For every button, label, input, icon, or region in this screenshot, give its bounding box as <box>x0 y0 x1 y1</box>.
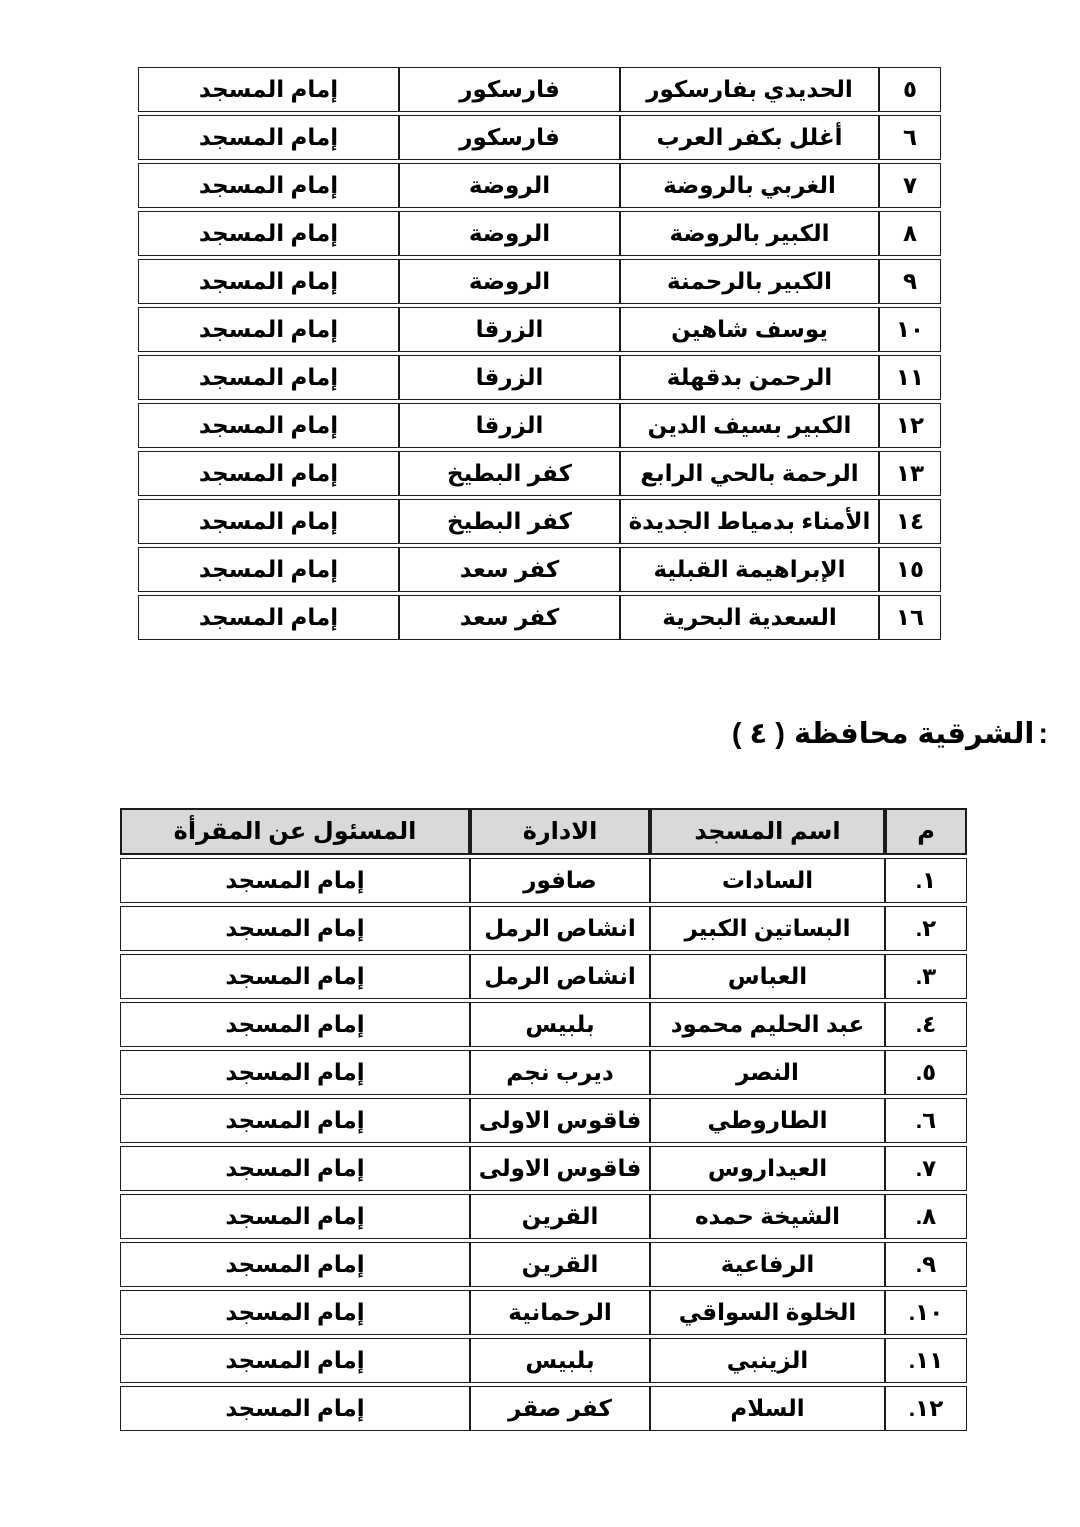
responsible-cell: إمام المسجد <box>138 115 399 160</box>
table-row: ٧الغربي بالروضةالروضةإمام المسجد <box>138 163 941 208</box>
table-row: ٥.النصرديرب نجمإمام المسجد <box>120 1050 967 1095</box>
responsible-cell: إمام المسجد <box>120 906 470 951</box>
table-row: ٢.البساتين الكبيرانشاص الرملإمام المسجد <box>120 906 967 951</box>
mosque-name-cell: يوسف شاهين <box>620 307 879 352</box>
district-cell: الروضة <box>399 211 620 256</box>
row-number-cell: ٩ <box>879 259 941 304</box>
district-cell: كفر البطيخ <box>399 499 620 544</box>
responsible-cell: إمام المسجد <box>138 595 399 640</box>
responsible-cell: إمام المسجد <box>138 307 399 352</box>
row-number-cell: ١. <box>885 858 967 903</box>
district-cell: كفر سعد <box>399 547 620 592</box>
responsible-cell: إمام المسجد <box>138 67 399 112</box>
table-row: ١٠.الخلوة السواقيالرحمانيةإمام المسجد <box>120 1290 967 1335</box>
responsible-cell: إمام المسجد <box>138 211 399 256</box>
responsible-cell: إمام المسجد <box>120 1050 470 1095</box>
responsible-cell: إمام المسجد <box>120 1098 470 1143</box>
table-row: ٥الحديدي بفارسكورفارسكورإمام المسجد <box>138 67 941 112</box>
row-number-cell: ١٠ <box>879 307 941 352</box>
district-cell: كفر البطيخ <box>399 451 620 496</box>
table-row: ٦.الطاروطيفاقوس الاولىإمام المسجد <box>120 1098 967 1143</box>
mosque-name-cell: الأمناء بدمياط الجديدة <box>620 499 879 544</box>
responsible-cell: إمام المسجد <box>138 451 399 496</box>
district-cell: القرين <box>470 1242 650 1287</box>
responsible-cell: إمام المسجد <box>120 1290 470 1335</box>
row-number-cell: ٢. <box>885 906 967 951</box>
table-row: ١٣الرحمة بالحي الرابعكفر البطيخإمام المس… <box>138 451 941 496</box>
header-mosque-name-cell: اسم المسجد <box>650 808 885 855</box>
responsible-cell: إمام المسجد <box>138 499 399 544</box>
row-number-cell: ١٤ <box>879 499 941 544</box>
section-heading: ( ٤ ) محافظة الشرقية : <box>0 716 1048 751</box>
district-cell: انشاص الرمل <box>470 906 650 951</box>
row-number-cell: ١١. <box>885 1338 967 1383</box>
row-number-cell: ٩. <box>885 1242 967 1287</box>
district-cell: بلبيس <box>470 1002 650 1047</box>
table-row: ١٤الأمناء بدمياط الجديدةكفر البطيخإمام ا… <box>138 499 941 544</box>
mosque-name-cell: الزينبي <box>650 1338 885 1383</box>
responsible-cell: إمام المسجد <box>138 403 399 448</box>
mosque-name-cell: الرحمة بالحي الرابع <box>620 451 879 496</box>
row-number-cell: ٤. <box>885 1002 967 1047</box>
district-cell: ديرب نجم <box>470 1050 650 1095</box>
district-cell: فارسكور <box>399 115 620 160</box>
row-number-cell: ٣. <box>885 954 967 999</box>
table-row: ٧.العيداروسفاقوس الاولىإمام المسجد <box>120 1146 967 1191</box>
district-cell: الروضة <box>399 163 620 208</box>
mosque-name-cell: أغلل بكفر العرب <box>620 115 879 160</box>
table-body: ١.الساداتصافورإمام المسجد٢.البساتين الكب… <box>120 858 967 1431</box>
mosque-name-cell: العباس <box>650 954 885 999</box>
district-cell: صافور <box>470 858 650 903</box>
section-word-sharqia: الشرقية <box>918 716 1035 751</box>
table-row: ٨الكبير بالروضةالروضةإمام المسجد <box>138 211 941 256</box>
row-number-cell: ٥. <box>885 1050 967 1095</box>
table-row: ١١.الزينبيبلبيسإمام المسجد <box>120 1338 967 1383</box>
responsible-cell: إمام المسجد <box>120 954 470 999</box>
continued-mosques-table: ٥الحديدي بفارسكورفارسكورإمام المسجد٦أغلل… <box>138 67 941 643</box>
district-cell: بلبيس <box>470 1338 650 1383</box>
row-number-cell: ٦ <box>879 115 941 160</box>
table-row: ١٠يوسف شاهينالزرقاإمام المسجد <box>138 307 941 352</box>
table-row: ١٢.السلامكفر صقرإمام المسجد <box>120 1386 967 1431</box>
responsible-cell: إمام المسجد <box>120 858 470 903</box>
row-number-cell: ١٥ <box>879 547 941 592</box>
mosque-name-cell: النصر <box>650 1050 885 1095</box>
district-cell: انشاص الرمل <box>470 954 650 999</box>
row-number-cell: ٨. <box>885 1194 967 1239</box>
header-district-cell: الادارة <box>470 808 650 855</box>
mosque-name-cell: الخلوة السواقي <box>650 1290 885 1335</box>
responsible-cell: إمام المسجد <box>120 1338 470 1383</box>
mosque-name-cell: السلام <box>650 1386 885 1431</box>
mosque-name-cell: الكبير بسيف الدين <box>620 403 879 448</box>
district-cell: فارسكور <box>399 67 620 112</box>
mosque-name-cell: البساتين الكبير <box>650 906 885 951</box>
section-colon: : <box>1038 718 1048 751</box>
responsible-cell: إمام المسجد <box>138 163 399 208</box>
mosque-name-cell: الشيخة حمده <box>650 1194 885 1239</box>
mosque-name-cell: الطاروطي <box>650 1098 885 1143</box>
responsible-cell: إمام المسجد <box>120 1146 470 1191</box>
row-number-cell: ١١ <box>879 355 941 400</box>
district-cell: فاقوس الاولى <box>470 1098 650 1143</box>
table-row: ١.الساداتصافورإمام المسجد <box>120 858 967 903</box>
district-cell: الرحمانية <box>470 1290 650 1335</box>
table-row: ٩.الرفاعيةالقرينإمام المسجد <box>120 1242 967 1287</box>
sharqia-mosques-table: م اسم المسجد الادارة المسئول عن المقرأة … <box>120 808 967 1434</box>
row-number-cell: ٦. <box>885 1098 967 1143</box>
responsible-cell: إمام المسجد <box>138 547 399 592</box>
responsible-cell: إمام المسجد <box>120 1194 470 1239</box>
header-responsible-cell: المسئول عن المقرأة <box>120 808 470 855</box>
row-number-cell: ٧ <box>879 163 941 208</box>
mosque-name-cell: الرحمن بدقهلة <box>620 355 879 400</box>
row-number-cell: ١٢ <box>879 403 941 448</box>
row-number-cell: ١٢. <box>885 1386 967 1431</box>
district-cell: كفر سعد <box>399 595 620 640</box>
document-page: ٥الحديدي بفارسكورفارسكورإمام المسجد٦أغلل… <box>0 0 1080 1527</box>
mosque-name-cell: الكبير بالرحمنة <box>620 259 879 304</box>
mosque-name-cell: الرفاعية <box>650 1242 885 1287</box>
row-number-cell: ٧. <box>885 1146 967 1191</box>
responsible-cell: إمام المسجد <box>120 1242 470 1287</box>
table-row: ٦أغلل بكفر العربفارسكورإمام المسجد <box>138 115 941 160</box>
mosque-name-cell: الحديدي بفارسكور <box>620 67 879 112</box>
mosque-name-cell: العيداروس <box>650 1146 885 1191</box>
mosque-name-cell: الإبراهيمة القبلية <box>620 547 879 592</box>
row-number-cell: ٨ <box>879 211 941 256</box>
district-cell: الزرقا <box>399 355 620 400</box>
responsible-cell: إمام المسجد <box>120 1386 470 1431</box>
district-cell: كفر صقر <box>470 1386 650 1431</box>
responsible-cell: إمام المسجد <box>138 355 399 400</box>
header-number-cell: م <box>885 808 967 855</box>
district-cell: فاقوس الاولى <box>470 1146 650 1191</box>
section-number: ( ٤ ) <box>732 716 785 751</box>
table-row: ١٥الإبراهيمة القبليةكفر سعدإمام المسجد <box>138 547 941 592</box>
table-row: ١٢الكبير بسيف الدينالزرقاإمام المسجد <box>138 403 941 448</box>
responsible-cell: إمام المسجد <box>138 259 399 304</box>
table-row: ١٦السعدية البحريةكفر سعدإمام المسجد <box>138 595 941 640</box>
mosque-name-cell: الكبير بالروضة <box>620 211 879 256</box>
table-row: ٨.الشيخة حمدهالقرينإمام المسجد <box>120 1194 967 1239</box>
row-number-cell: ٥ <box>879 67 941 112</box>
row-number-cell: ١٠. <box>885 1290 967 1335</box>
row-number-cell: ١٣ <box>879 451 941 496</box>
district-cell: الزرقا <box>399 403 620 448</box>
mosque-name-cell: الغربي بالروضة <box>620 163 879 208</box>
table-header-row: م اسم المسجد الادارة المسئول عن المقرأة <box>120 808 967 855</box>
mosque-name-cell: عبد الحليم محمود <box>650 1002 885 1047</box>
table-row: ٤.عبد الحليم محمودبلبيسإمام المسجد <box>120 1002 967 1047</box>
table-row: ٩الكبير بالرحمنةالروضةإمام المسجد <box>138 259 941 304</box>
mosque-name-cell: السعدية البحرية <box>620 595 879 640</box>
district-cell: الروضة <box>399 259 620 304</box>
row-number-cell: ١٦ <box>879 595 941 640</box>
table-row: ١١الرحمن بدقهلةالزرقاإمام المسجد <box>138 355 941 400</box>
responsible-cell: إمام المسجد <box>120 1002 470 1047</box>
district-cell: القرين <box>470 1194 650 1239</box>
district-cell: الزرقا <box>399 307 620 352</box>
section-word-governorate: محافظة <box>794 716 909 751</box>
mosque-name-cell: السادات <box>650 858 885 903</box>
table-row: ٣.العباسانشاص الرملإمام المسجد <box>120 954 967 999</box>
